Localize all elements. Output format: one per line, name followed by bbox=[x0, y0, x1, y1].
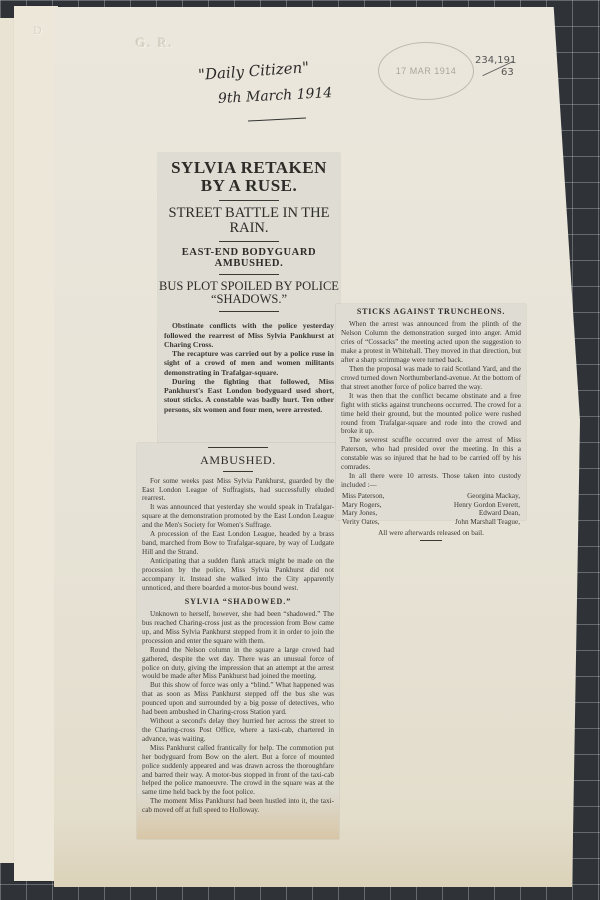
arrested-name: Edward Dean, bbox=[431, 509, 520, 518]
divider bbox=[219, 241, 279, 242]
closing-line: All were afterwards released on bail. bbox=[336, 529, 526, 537]
arrested-column-left: Miss Paterson, Mary Rogers, Mary Jones, … bbox=[342, 492, 431, 527]
clipping-main-body: AMBUSHED. For some weeks past Miss Sylvi… bbox=[137, 443, 339, 839]
headline: SYLVIA RETAKEN BY A RUSE. bbox=[158, 159, 340, 195]
body-paragraph: Without a second's delay they hurried he… bbox=[142, 717, 334, 744]
side-text: When the arrest was announced from the p… bbox=[336, 318, 526, 492]
lead-paragraph: The recapture was carried out by a polic… bbox=[164, 349, 334, 377]
lead-paragraph: During the fighting that followed, Miss … bbox=[164, 377, 334, 414]
reference-denominator: 63 bbox=[501, 67, 516, 78]
reference-number: 234,191 63 bbox=[475, 55, 516, 78]
body-paragraph: A procession of the East London League, … bbox=[142, 530, 334, 557]
arrested-name: Miss Paterson, bbox=[342, 492, 431, 501]
body-paragraph: Round the Nelson column in the square a … bbox=[142, 646, 334, 682]
lead-paragraph: Obstinate conflicts with the police yest… bbox=[164, 321, 334, 349]
divider bbox=[219, 200, 279, 201]
arrested-name: Verity Oates, bbox=[342, 518, 431, 527]
ambushed-text: For some weeks past Miss Sylvia Pankhurs… bbox=[137, 475, 339, 595]
body-paragraph: Miss Pankhurst called frantically for he… bbox=[142, 744, 334, 798]
divider bbox=[208, 447, 268, 448]
body-paragraph: The moment Miss Pankhurst had been hustl… bbox=[142, 797, 334, 815]
body-paragraph: The severest scuffle occurred over the a… bbox=[341, 436, 521, 472]
received-stamp: 17 MAR 1914 bbox=[378, 42, 474, 100]
body-paragraph: It was announced that yesterday she woul… bbox=[142, 503, 334, 530]
subhead-street-battle: STREET BATTLE IN THE RAIN. bbox=[158, 206, 340, 236]
arrested-name: Mary Rogers, bbox=[342, 501, 431, 510]
body-paragraph: But this show of force was only a “blind… bbox=[142, 681, 334, 717]
body-paragraph: When the arrest was announced from the p… bbox=[341, 320, 521, 365]
stamp-date: 17 MAR 1914 bbox=[396, 66, 457, 76]
arrested-name: Georgina Mackay, bbox=[431, 492, 520, 501]
arrested-column-right: Georgina Mackay, Henry Gordon Everett, E… bbox=[431, 492, 520, 527]
reference-numerator: 234,191 bbox=[475, 55, 516, 66]
lead-text: Obstinate conflicts with the police yest… bbox=[158, 317, 340, 414]
embossed-mark-flap: D bbox=[33, 23, 42, 38]
arrested-name: Henry Gordon Everett, bbox=[431, 501, 520, 510]
subhead-bodyguard: EAST-END BODYGUARD AMBUSHED. bbox=[158, 247, 340, 269]
divider bbox=[223, 471, 253, 472]
subhead-bus-plot: BUS PLOT SPOILED BY POLICE “SHADOWS.” bbox=[158, 280, 340, 306]
shadowed-text: Unknown to herself, however, she had bee… bbox=[137, 608, 339, 817]
clipping-sticks-against-truncheons: STICKS AGAINST TRUNCHEONS. When the arre… bbox=[336, 304, 526, 520]
section-heading-shadowed: SYLVIA “SHADOWED.” bbox=[137, 598, 339, 606]
body-paragraph: For some weeks past Miss Sylvia Pankhurs… bbox=[142, 477, 334, 504]
arrested-list: Miss Paterson, Mary Rogers, Mary Jones, … bbox=[336, 492, 526, 527]
divider bbox=[219, 311, 279, 312]
side-heading: STICKS AGAINST TRUNCHEONS. bbox=[336, 308, 526, 316]
body-paragraph: In all there were 10 arrests. Those take… bbox=[341, 472, 521, 490]
arrested-name: John Marshall Teague, bbox=[431, 518, 520, 527]
folder-flap: D bbox=[14, 6, 58, 881]
arrested-name: Mary Jones, bbox=[342, 509, 431, 518]
body-paragraph: Then the proposal was made to raid Scotl… bbox=[341, 365, 521, 392]
divider bbox=[420, 540, 442, 541]
divider bbox=[219, 274, 279, 275]
body-paragraph: Anticipating that a sudden flank attack … bbox=[142, 557, 334, 593]
body-paragraph: Unknown to herself, however, she had bee… bbox=[142, 610, 334, 646]
body-paragraph: It was then that the conflict became obs… bbox=[341, 392, 521, 437]
clipping-main-headlines: SYLVIA RETAKEN BY A RUSE. STREET BATTLE … bbox=[158, 153, 340, 443]
section-heading-ambushed: AMBUSHED. bbox=[137, 454, 339, 467]
embossed-mark: G. R. bbox=[136, 35, 174, 51]
